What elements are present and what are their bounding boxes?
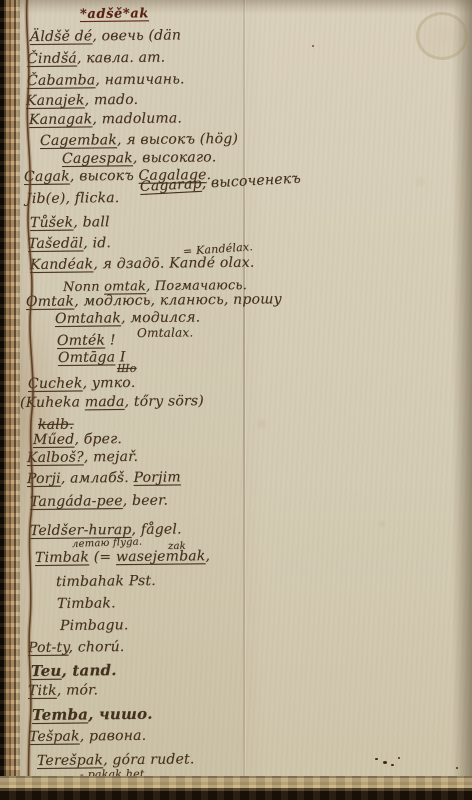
headword: Porjim <box>133 469 180 485</box>
gloss-text: , утко. <box>82 375 135 392</box>
entry-line: Äldšě dé, овечь (dän <box>30 28 181 45</box>
entry-line: Čabamba, натичань. <box>27 72 185 89</box>
gloss-text: , madoluma. <box>92 110 182 127</box>
bottom-page-edges <box>0 776 472 800</box>
gloss-text: timbahak Pst. <box>56 573 156 590</box>
gloss-text: , чишо. <box>88 705 153 724</box>
header-text: *adšě*ak <box>80 6 149 22</box>
entry-line: Műed, брег. <box>33 432 122 448</box>
gloss-text: , <box>205 548 210 564</box>
manuscript-page: *adšě*ak Äldšě dé, овечь (dän Čindšá, ка… <box>0 0 472 800</box>
entry-line: Temba, чишо. <box>32 706 153 724</box>
gloss-text: , fågel. <box>131 521 181 538</box>
headword: Cagarap <box>140 176 203 195</box>
ink-speck <box>398 757 400 759</box>
annotation: Omtalax. <box>137 326 194 340</box>
gloss-text: , брег. <box>74 431 122 447</box>
headword: Cagembak <box>40 132 117 149</box>
entry-line: Timbak. <box>57 596 116 612</box>
entry-line: Čindšá, кавла. am. <box>27 51 165 68</box>
annotation: летаю flyga. <box>72 537 143 550</box>
page-header: *adšě*ak <box>80 7 149 22</box>
entry-line: Tangáda-pee, beer. <box>30 494 168 511</box>
manuscript-photo: *adšě*ak Äldšě dé, овечь (dän Čindšá, ка… <box>0 0 472 800</box>
stain-ring <box>416 12 468 60</box>
entry-line: (Kuheka mada, tőry sörs) <box>20 394 204 411</box>
gloss-text: , mado. <box>85 92 139 109</box>
gloss-text: (= <box>89 549 116 565</box>
entry-line: Cuchek, утко. <box>28 376 136 393</box>
entry-line: Porji, амлабš. Porjim <box>27 470 181 487</box>
gloss-text: , амлабš. <box>61 470 134 487</box>
headword: Omtahak <box>55 310 121 327</box>
gloss-text: , высокаго. <box>133 149 217 166</box>
gloss-text: , beer. <box>123 493 169 509</box>
entry-line: Kanagak, madoluma. <box>29 111 182 128</box>
gloss-text: , высоченекъ <box>201 171 301 192</box>
entry-line: Omtak, модлюсь, кланюсь, прошу <box>26 292 282 310</box>
gloss-text: Pimbagu. <box>60 617 129 634</box>
entry-line: Timbak (= wasejembak, <box>35 549 210 566</box>
struck-text: Шо <box>117 362 137 375</box>
gloss-text: , tand. <box>61 661 116 680</box>
entry-line: Tešpak, равона. <box>29 729 146 746</box>
entry-line: Omtāga I <box>58 350 126 366</box>
gloss-text: , flicka. <box>65 190 119 207</box>
entry-line: Omték ! <box>57 333 116 349</box>
headword: wasejembak <box>116 548 206 565</box>
gloss-text: , chorú. <box>68 639 124 656</box>
gloss-text: , высокъ <box>70 168 139 185</box>
ink-speck <box>391 764 394 766</box>
gloss-text: , модился. <box>121 309 200 326</box>
entry-line: timbahak Pst. <box>56 574 156 590</box>
gloss-text: , модлюсь, кланюсь, прошу <box>74 291 282 309</box>
annotation-text: летаю flyga. <box>72 537 143 550</box>
gloss-text: , mór. <box>57 682 99 698</box>
gloss-text: , id. <box>83 235 111 251</box>
gloss-text: Timbak. <box>57 595 116 612</box>
ink-speck <box>375 758 378 760</box>
entry-line: Cagembak, я высокъ (hög) <box>40 132 238 149</box>
fold-crease <box>243 0 245 800</box>
gloss-text: , кавла. am. <box>77 50 166 67</box>
headword: mada <box>85 394 125 410</box>
gloss-text: , góra rudet. <box>103 751 195 768</box>
headword: Terešpak <box>37 752 103 769</box>
ink-speck <box>456 767 458 769</box>
headword: Omtāga <box>58 349 115 366</box>
gloss-text: , овечь (dän <box>92 27 181 44</box>
gloss-text: , ball <box>73 214 110 230</box>
gloss-text: , я высокъ (hög) <box>117 131 238 148</box>
gloss-text: , равона. <box>80 728 147 745</box>
struck-word: Шо <box>117 363 137 375</box>
entry-line: Cagespak, высокаго. <box>62 150 217 167</box>
gloss-text: ! <box>105 332 116 348</box>
annotation-text: Omtalax. <box>137 325 194 340</box>
headword: Omték <box>57 332 105 349</box>
gloss-text: , tőry sörs) <box>124 393 204 410</box>
entry-line: Kandéak, я дзадō. Kandé olax. <box>30 256 255 274</box>
ink-speck <box>383 761 387 764</box>
entry-line: Pimbagu. <box>60 618 129 634</box>
gloss-text: , тејаř. <box>84 449 139 466</box>
gloss-text: , натичань. <box>95 71 184 88</box>
gloss-text: , я дзадō. Kandé olax. <box>93 255 254 273</box>
torn-page-edge <box>0 0 44 800</box>
ink-speck <box>312 45 314 47</box>
headword: Cagespak <box>62 150 133 167</box>
